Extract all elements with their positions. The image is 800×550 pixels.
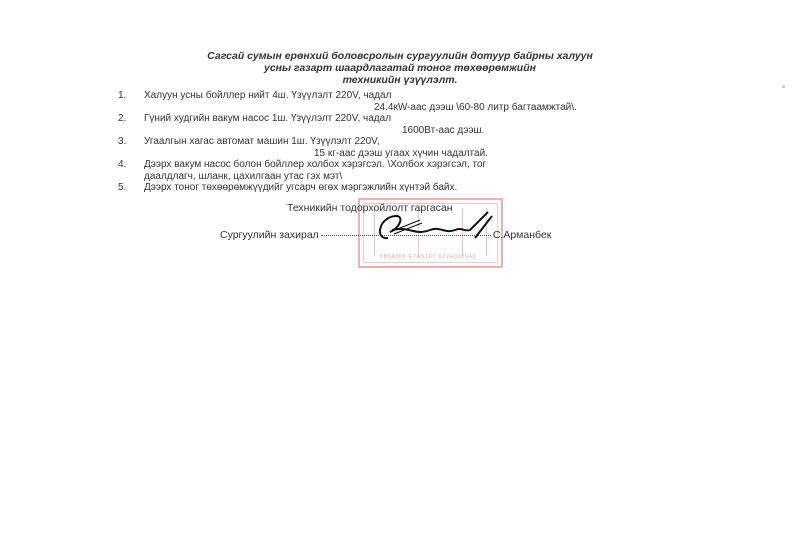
scan-speck xyxy=(782,85,785,88)
list-item: 1. Халуун усны бойллер нийт 4ш. Үзүүлэлт… xyxy=(118,90,678,113)
signature-block: 9854366 ETA5107 0224030042 Техникийн тод… xyxy=(220,198,600,273)
item-text: Дээрх вакум насос болон бойллер холбох х… xyxy=(144,159,486,170)
director-name: С.Арманбек xyxy=(493,229,552,241)
title-line-3: техникийн үзүүлэлт. xyxy=(130,74,670,86)
item-number: 1. xyxy=(118,90,126,102)
director-label: Сургуулийн захирал xyxy=(220,229,319,241)
item-continuation: 1600Вт-аас дээш. xyxy=(144,125,678,137)
item-continuation: 24.4кW-аас дээш \60-80 литр багтаамжтай\… xyxy=(144,102,678,114)
stamp-text: 9854366 ETA5107 0224030042 xyxy=(380,254,477,260)
item-text: Халуун усны бойллер нийт 4ш. Үзүүлэлт 22… xyxy=(144,90,391,101)
document-title: Сагсай сумын ерөнхий боловсролын сургуул… xyxy=(130,50,670,86)
item-text: Дээрх тоног төхөөрөмжүүдийг угсарч өгөх … xyxy=(144,182,457,193)
signature-icon xyxy=(370,208,500,248)
title-line-2: усны газарт шаардлагатай тоног төхөөрөмж… xyxy=(130,62,670,74)
item-number: 3. xyxy=(118,136,126,148)
list-item: 2. Гүний худгийн вакум насос 1ш. Үзүүлэл… xyxy=(118,113,678,136)
list-item: 4. Дээрх вакум насос болон бойллер холбо… xyxy=(118,159,678,182)
spec-list: 1. Халуун усны бойллер нийт 4ш. Үзүүлэлт… xyxy=(118,90,678,194)
item-continuation: даалдлагч, шланк, цахилгаан утас гэх мэт… xyxy=(144,171,678,183)
item-number: 2. xyxy=(118,113,126,125)
list-item: 3. Угаалгын хагас автомат машин 1ш. Үзүү… xyxy=(118,136,678,159)
list-item: 5. Дээрх тоног төхөөрөмжүүдийг угсарч өг… xyxy=(118,182,678,194)
item-number: 4. xyxy=(118,159,126,171)
item-number: 5. xyxy=(118,182,126,194)
title-line-1: Сагсай сумын ерөнхий боловсролын сургуул… xyxy=(130,50,670,62)
item-text: Угаалгын хагас автомат машин 1ш. Үзүүлэл… xyxy=(144,136,380,147)
item-continuation: 15 кг-аас дээш угаах хүчин чадалтай. xyxy=(144,148,678,160)
item-text: Гүний худгийн вакум насос 1ш. Үзүүлэлт 2… xyxy=(144,113,391,124)
